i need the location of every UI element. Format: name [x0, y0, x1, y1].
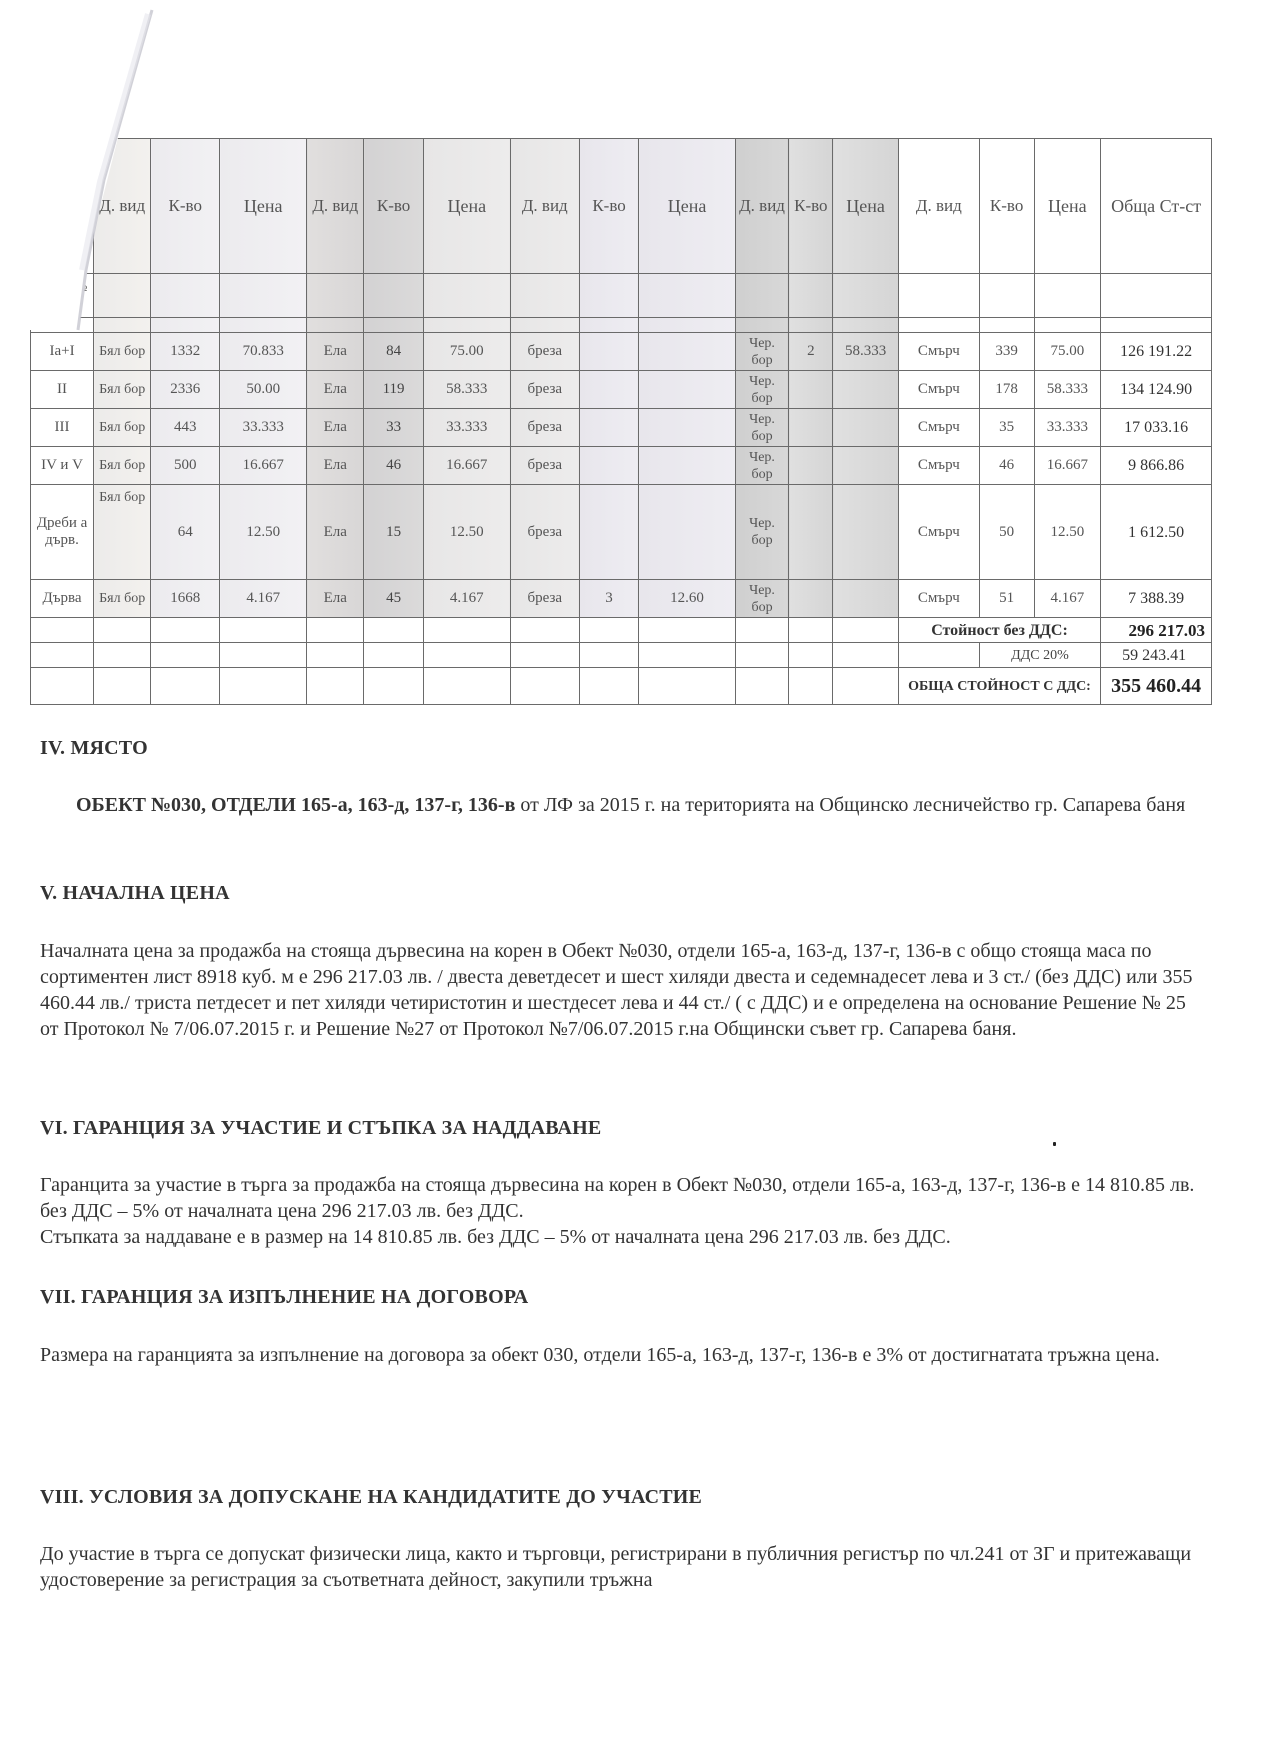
cell-p4	[833, 371, 898, 409]
table-row: Ia+IБял бор133270.833Ела8475.00брезаЧер.…	[31, 333, 1212, 371]
cell-s4: Чер. бор	[735, 447, 789, 485]
header-qty-5: К-во	[979, 139, 1034, 274]
header-species-3: Д. вид	[510, 139, 579, 274]
section-start-price: V. НАЧАЛНА ЦЕНА	[40, 880, 1200, 906]
cell-s2: Ела	[307, 447, 364, 485]
section-heading: VIII. УСЛОВИЯ ЗА ДОПУСКАНЕ НА КАНДИДАТИТ…	[40, 1484, 1200, 1510]
cell-p4	[833, 580, 898, 618]
header-qty-1: К-во	[151, 139, 220, 274]
cell-category: Ia+I	[31, 333, 94, 371]
cell-q2: 45	[364, 580, 424, 618]
cell-p2: 33.333	[423, 409, 510, 447]
cell-q2: 15	[364, 485, 424, 580]
cell-p4: 58.333	[833, 333, 898, 371]
cell-p5: 58.333	[1034, 371, 1101, 409]
cell-p3	[639, 371, 735, 409]
cell-category: Дърва	[31, 580, 94, 618]
cell-s2: Ела	[307, 485, 364, 580]
table-header-row: т-ст Д. вид К-во Цена Д. вид К-во Цена Д…	[31, 139, 1212, 274]
vat-label: ДДС 20%	[979, 643, 1100, 668]
cell-q1: 443	[151, 409, 220, 447]
scan-speck	[1053, 1142, 1056, 1146]
cell-q4	[789, 580, 833, 618]
section-guarantee: VI. ГАРАНЦИЯ ЗА УЧАСТИЕ И СТЪПКА ЗА НАДД…	[40, 1115, 1200, 1141]
cell-p2: 16.667	[423, 447, 510, 485]
cell-p5: 33.333	[1034, 409, 1101, 447]
gross-value: 355 460.44	[1101, 668, 1212, 705]
cell-total: 134 124.90	[1101, 371, 1212, 409]
cell-p2: 75.00	[423, 333, 510, 371]
cell-p3	[639, 409, 735, 447]
cell-p2: 4.167	[423, 580, 510, 618]
cell-s3: бреза	[510, 409, 579, 447]
cell-p2: 58.333	[423, 371, 510, 409]
cell-s2: Ела	[307, 371, 364, 409]
place-object-bold: ОБЕКТ №030, ОТДЕЛИ 165-а, 163-д, 137-г, …	[76, 794, 515, 816]
cell-s1: Бял бор	[94, 333, 151, 371]
cell-p2: 12.50	[423, 485, 510, 580]
admission-paragraph: До участие в търга се допускат физически…	[40, 1541, 1200, 1593]
header-price-2: Цена	[423, 139, 510, 274]
cell-p5: 4.167	[1034, 580, 1101, 618]
summary-vat-row: ДДС 20% 59 243.41	[31, 643, 1212, 668]
section-heading: VI. ГАРАНЦИЯ ЗА УЧАСТИЕ И СТЪПКА ЗА НАДД…	[40, 1115, 1200, 1141]
cell-total: 9 866.86	[1101, 447, 1212, 485]
cell-s1: Бял бор	[94, 371, 151, 409]
cell-q4	[789, 371, 833, 409]
sortiment-table-wrapper: т-ст Д. вид К-во Цена Д. вид К-во Цена Д…	[30, 138, 1212, 705]
cell-q5: 178	[979, 371, 1034, 409]
table-row: ДърваБял бор16684.167Ела454.167бреза312.…	[31, 580, 1212, 618]
cell-s2: Ела	[307, 580, 364, 618]
cell-s3: бреза	[510, 447, 579, 485]
object-label: бект № 025	[31, 274, 94, 318]
header-qty-2: К-во	[364, 139, 424, 274]
admission-text: До участие в търга се допускат физически…	[40, 1541, 1200, 1593]
cell-q4	[789, 409, 833, 447]
cell-p5: 75.00	[1034, 333, 1101, 371]
cell-s1: Бял бор	[94, 409, 151, 447]
cell-s5: Смърч	[898, 447, 979, 485]
cell-q2: 46	[364, 447, 424, 485]
guarantee-paragraph: Гаранцита за участие в търга за продажба…	[40, 1172, 1200, 1250]
header-species-1: Д. вид	[94, 139, 151, 274]
cell-p1: 4.167	[220, 580, 307, 618]
gross-value-label: ОБЩА СТОЙНОСТ С ДДС:	[898, 668, 1100, 705]
place-text: от ЛФ за 2015 г. на територията на Общин…	[515, 794, 1185, 816]
net-value: 296 217.03	[1101, 618, 1212, 643]
table-row: IV и VБял бор50016.667Ела4616.667брезаЧе…	[31, 447, 1212, 485]
header-price-5: Цена	[1034, 139, 1101, 274]
header-species-4: Д. вид	[735, 139, 789, 274]
guarantee-text-1: Гаранцита за участие в търга за продажба…	[40, 1172, 1200, 1224]
cell-p3	[639, 333, 735, 371]
cell-q1: 500	[151, 447, 220, 485]
cell-q3	[579, 485, 639, 580]
cell-total: 7 388.39	[1101, 580, 1212, 618]
cell-q3	[579, 447, 639, 485]
cell-q4	[789, 485, 833, 580]
cell-p1: 16.667	[220, 447, 307, 485]
section-heading: IV. МЯСТО	[40, 735, 1200, 761]
cell-s4: Чер. бор	[735, 485, 789, 580]
cell-p3: 12.60	[639, 580, 735, 618]
cell-category: II	[31, 371, 94, 409]
cell-p1: 50.00	[220, 371, 307, 409]
summary-net-row: Стойност без ДДС: 296 217.03	[31, 618, 1212, 643]
cell-p1: 12.50	[220, 485, 307, 580]
section-performance: VII. ГАРАНЦИЯ ЗА ИЗПЪЛНЕНИЕ НА ДОГОВОРА	[40, 1284, 1200, 1310]
cell-s4: Чер. бор	[735, 580, 789, 618]
cell-q4: 2	[789, 333, 833, 371]
cell-category: Дреби а дърв.	[31, 485, 94, 580]
cell-q5: 51	[979, 580, 1034, 618]
header-total: Обща Ст-ст	[1101, 139, 1212, 274]
cell-category: IV и V	[31, 447, 94, 485]
cell-q2: 33	[364, 409, 424, 447]
cell-p5: 12.50	[1034, 485, 1101, 580]
cell-s5: Смърч	[898, 409, 979, 447]
cell-total: 17 033.16	[1101, 409, 1212, 447]
cell-p1: 33.333	[220, 409, 307, 447]
summary-gross-row: ОБЩА СТОЙНОСТ С ДДС: 355 460.44	[31, 668, 1212, 705]
cell-s4: Чер. бор	[735, 371, 789, 409]
cell-q1: 1668	[151, 580, 220, 618]
cell-p4	[833, 485, 898, 580]
object-row: бект № 025	[31, 274, 1212, 318]
cell-s2: Ела	[307, 409, 364, 447]
cell-s5: Смърч	[898, 485, 979, 580]
cell-s3: бреза	[510, 485, 579, 580]
net-value-label: Стойност без ДДС:	[898, 618, 1100, 643]
cell-q3: 3	[579, 580, 639, 618]
cell-q3	[579, 333, 639, 371]
cell-p1: 70.833	[220, 333, 307, 371]
sortiment-table: т-ст Д. вид К-во Цена Д. вид К-во Цена Д…	[30, 138, 1212, 705]
header-species-2: Д. вид	[307, 139, 364, 274]
cell-q3	[579, 371, 639, 409]
cell-p4	[833, 409, 898, 447]
header-qty-4: К-во	[789, 139, 833, 274]
cell-s5: Смърч	[898, 333, 979, 371]
section-heading: VII. ГАРАНЦИЯ ЗА ИЗПЪЛНЕНИЕ НА ДОГОВОРА	[40, 1284, 1200, 1310]
cell-s5: Смърч	[898, 371, 979, 409]
table-row: Дреби а дърв.Бял бор6412.50Ела1512.50бре…	[31, 485, 1212, 580]
start-price-paragraph: Началната цена за продажба на стояща дър…	[40, 938, 1200, 1042]
cell-s4: Чер. бор	[735, 409, 789, 447]
vat-value: 59 243.41	[1101, 643, 1212, 668]
cell-s2: Ела	[307, 333, 364, 371]
cell-q2: 119	[364, 371, 424, 409]
cell-q5: 46	[979, 447, 1034, 485]
cell-p3	[639, 447, 735, 485]
header-price-3: Цена	[639, 139, 735, 274]
table-row: IIIБял бор44333.333Ела3333.333брезаЧер. …	[31, 409, 1212, 447]
cell-s3: бреза	[510, 333, 579, 371]
cell-q1: 64	[151, 485, 220, 580]
table-row: IIБял бор233650.00Ела11958.333брезаЧер. …	[31, 371, 1212, 409]
cell-s4: Чер. бор	[735, 333, 789, 371]
section-admission: VIII. УСЛОВИЯ ЗА ДОПУСКАНЕ НА КАНДИДАТИТ…	[40, 1484, 1200, 1510]
cell-q5: 35	[979, 409, 1034, 447]
cell-p5: 16.667	[1034, 447, 1101, 485]
section-heading: V. НАЧАЛНА ЦЕНА	[40, 880, 1200, 906]
performance-paragraph: Размера на гаранцията за изпълнение на д…	[40, 1342, 1200, 1368]
cell-q4	[789, 447, 833, 485]
cell-q1: 2336	[151, 371, 220, 409]
header-price-4: Цена	[833, 139, 898, 274]
cell-q3	[579, 409, 639, 447]
cell-s3: бреза	[510, 580, 579, 618]
cell-q5: 339	[979, 333, 1034, 371]
cell-q1: 1332	[151, 333, 220, 371]
header-row-label: т-ст	[31, 139, 94, 274]
cell-q5: 50	[979, 485, 1034, 580]
cell-total: 126 191.22	[1101, 333, 1212, 371]
guarantee-text-2: Стъпката за наддаване е в размер на 14 8…	[40, 1224, 1200, 1250]
cell-s1: Бял бор	[94, 580, 151, 618]
cell-s5: Смърч	[898, 580, 979, 618]
cell-s1: Бял бор	[94, 447, 151, 485]
cell-q2: 84	[364, 333, 424, 371]
header-species-5: Д. вид	[898, 139, 979, 274]
cell-category: III	[31, 409, 94, 447]
cell-p3	[639, 485, 735, 580]
section-place: IV. МЯСТО	[40, 735, 1200, 761]
cell-total: 1 612.50	[1101, 485, 1212, 580]
cell-s3: бреза	[510, 371, 579, 409]
cell-p4	[833, 447, 898, 485]
header-price-1: Цена	[220, 139, 307, 274]
performance-text: Размера на гаранцията за изпълнение на д…	[40, 1342, 1200, 1368]
start-price-text: Началната цена за продажба на стояща дър…	[40, 938, 1200, 1042]
place-paragraph: ОБЕКТ №030, ОТДЕЛИ 165-а, 163-д, 137-г, …	[40, 792, 1200, 818]
header-qty-3: К-во	[579, 139, 639, 274]
cell-s1: Бял бор	[94, 485, 151, 580]
